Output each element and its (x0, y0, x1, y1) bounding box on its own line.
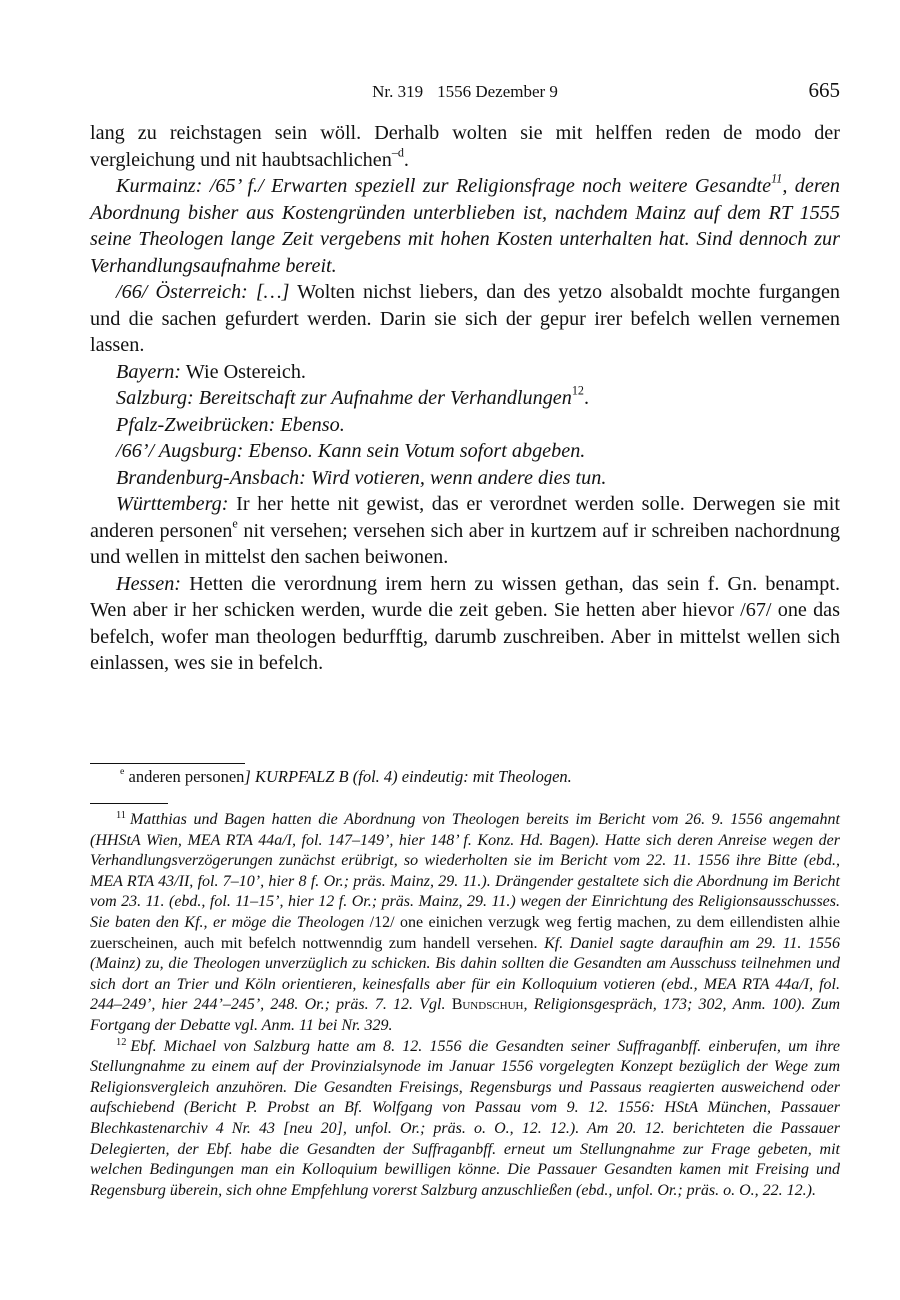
text: /66’/ Augsburg: Ebenso. Kann sein Votum … (116, 440, 585, 462)
document-page: Nr. 3191556 Dezember 9 665 lang zu reich… (0, 0, 900, 1300)
paragraph-pfalz-zweibruecken: Pfalz-Zweibrücken: Ebenso. (90, 412, 840, 439)
speaker-label: Württemberg: (116, 493, 229, 515)
author-name: Bundschuh (452, 996, 524, 1013)
commentary-notes: 11Matthias und Bagen hatten die Abordnun… (90, 810, 840, 1201)
speaker-label: Bayern: (116, 361, 181, 383)
running-header: Nr. 3191556 Dezember 9 665 (90, 80, 840, 108)
speaker-label: Kurmainz: (116, 175, 202, 197)
text: Hetten die verordnung irem hern zu wisse… (90, 573, 840, 675)
paragraph-bayern: Bayern: Wie Ostereich. (90, 359, 840, 386)
footnote-11: 11Matthias und Bagen hatten die Abordnun… (90, 810, 840, 1037)
note-text: Matthias und Bagen hatten die Abordnung … (90, 811, 840, 931)
paragraph-oesterreich: /66/ Österreich: […] Wolten nichst liebe… (90, 279, 840, 359)
text: . (584, 387, 589, 409)
note-text: ] KURPFALZ B (fol. 4) eindeutig: mit The… (244, 767, 571, 786)
note-text: Ebf. Michael von Salzburg hatte am 8. 12… (90, 1038, 840, 1199)
critical-apparatus: e anderen personen] KURPFALZ B (fol. 4) … (90, 766, 840, 787)
footnote-number: 11 (116, 810, 126, 821)
footnote-separator-critical (90, 763, 245, 764)
footnote-number: 12 (116, 1037, 126, 1048)
note-lemma: anderen personen (124, 767, 244, 786)
critical-note-e: e anderen personen] KURPFALZ B (fol. 4) … (90, 766, 840, 787)
text: /65’ f./ Erwarten speziell zur Religions… (202, 175, 771, 197)
text: Salzburg: Bereitschaft zur Aufnahme der … (116, 387, 572, 409)
footnote-marker-11[interactable]: 11 (771, 171, 782, 185)
text: Brandenburg-Ansbach: Wird votieren, wenn… (116, 467, 606, 489)
footnote-marker-12[interactable]: 12 (572, 383, 584, 397)
running-title: Nr. 3191556 Dezember 9 (90, 82, 840, 102)
text: . (404, 149, 409, 171)
paragraph-kurmainz: Kurmainz: /65’ f./ Erwarten speziell zur… (90, 173, 840, 279)
text: lang zu reichstagen sein wöll. Derhalb w… (90, 122, 840, 171)
text-apparatus-marker: –d (392, 145, 404, 159)
footnote-separator-commentary (90, 803, 168, 804)
speaker-label: Hessen: (116, 573, 181, 595)
paragraph-salzburg: Salzburg: Bereitschaft zur Aufnahme der … (90, 385, 840, 412)
document-date: 1556 Dezember 9 (437, 82, 558, 101)
page-number: 665 (809, 78, 841, 103)
text: Pfalz-Zweibrücken: Ebenso. (116, 414, 345, 436)
paragraph-brandenburg-ansbach: Brandenburg-Ansbach: Wird votieren, wenn… (90, 465, 840, 492)
speaker-label: /66/ Österreich: […] (116, 281, 289, 303)
paragraph-wuerttemberg: Württemberg: Ir her hette nit gewist, da… (90, 491, 840, 571)
paragraph-augsburg: /66’/ Augsburg: Ebenso. Kann sein Votum … (90, 438, 840, 465)
paragraph-continuation: lang zu reichstagen sein wöll. Derhalb w… (90, 120, 840, 173)
main-text: lang zu reichstagen sein wöll. Derhalb w… (90, 120, 840, 677)
paragraph-hessen: Hessen: Hetten die verordnung irem hern … (90, 571, 840, 677)
text: Wie Ostereich. (181, 361, 306, 383)
footnote-12: 12Ebf. Michael von Salzburg hatte am 8. … (90, 1037, 840, 1202)
document-number: Nr. 319 (372, 82, 423, 101)
